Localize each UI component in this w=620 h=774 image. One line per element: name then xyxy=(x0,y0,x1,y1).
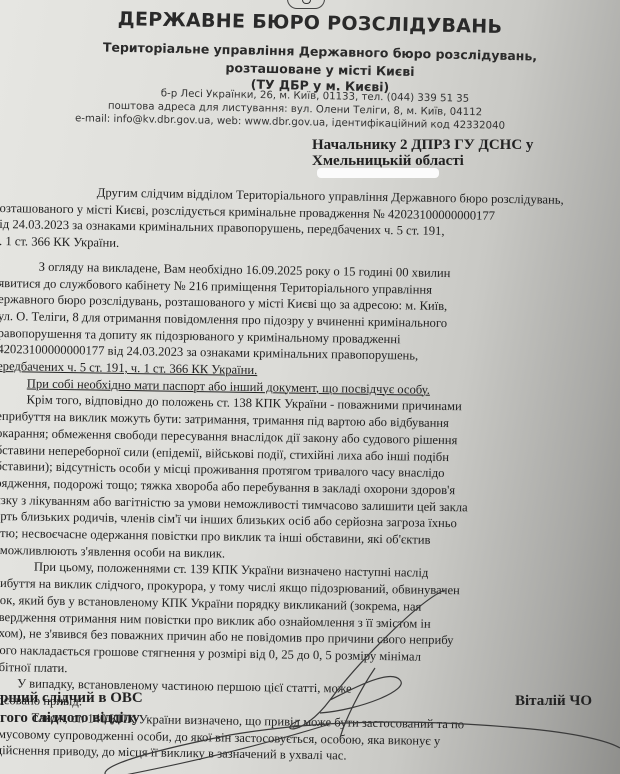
paragraph-summons: З огляду на викладене, Вам необхідно 16.… xyxy=(0,258,620,385)
position-line: рший слідчий в ОВС xyxy=(0,688,143,708)
signatory-name: Віталій ЧО xyxy=(515,693,592,710)
position-line: гого слідчого відділу xyxy=(0,708,143,728)
paragraph-art-139: При цьому, положеннями ст. 139 КПК Украї… xyxy=(0,558,620,685)
paragraph-art-138: Крім того, відповідно до положень ст. 13… xyxy=(0,391,620,568)
document-page: ДЕРЖАВНЕ БЮРО РОЗСЛІДУВАНЬ Територіальне… xyxy=(0,0,620,774)
org-title: ДЕРЖАВНЕ БЮРО РОЗСЛІДУВАНЬ xyxy=(0,6,620,41)
paragraph-case-info: Другим слідчим відділом Територіального … xyxy=(0,183,620,260)
coat-of-arms-icon xyxy=(287,0,325,9)
recipient-block: Начальнику 2 ДПРЗ ГУ ДСНС у Хмельницькій… xyxy=(312,137,612,169)
recipient-line: Хмельницькій області xyxy=(312,153,612,169)
signatory-position: рший слідчий в ОВС гого слідчого відділу xyxy=(0,688,143,728)
letter-body: Другим слідчим відділом Територіального … xyxy=(0,183,620,769)
redaction-mark xyxy=(317,168,439,178)
recipient-line: Начальнику 2 ДПРЗ ГУ ДСНС у xyxy=(312,137,612,153)
